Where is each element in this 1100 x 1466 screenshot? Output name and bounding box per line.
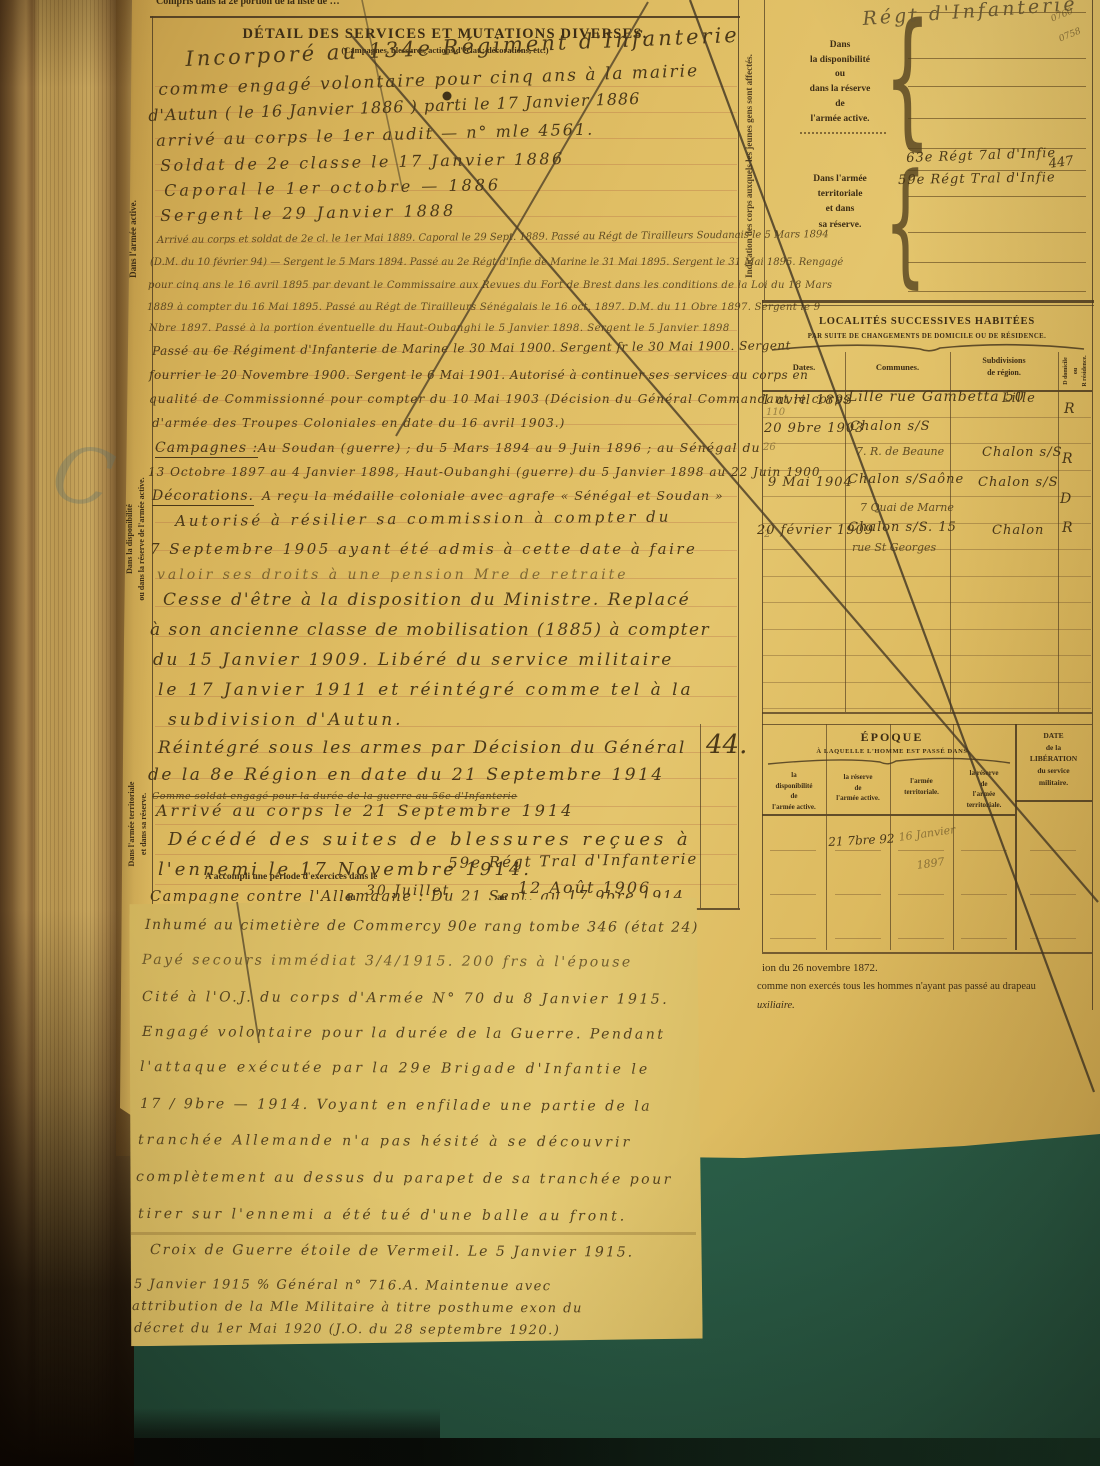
footer-line-3: uxiliaire. <box>757 1000 795 1011</box>
register-photo: C Compris dans la 2e portion de la liste… <box>0 0 1100 1466</box>
epoque-col-4: la réserve de l'armée territoriale. <box>955 768 1013 810</box>
rule-line <box>150 16 740 18</box>
rule-line <box>763 602 1091 603</box>
margin-label-armee-active: Dans l'armée active. <box>128 150 138 328</box>
rule-line <box>1030 894 1076 895</box>
localites-commune-line2: rue St Georges <box>852 542 936 554</box>
rule-line <box>763 417 1091 418</box>
localites-commune: Chalon s/Saône <box>848 473 964 487</box>
handwritten-entry: Arrivé au corps le 21 Septembre 1914 <box>156 803 574 820</box>
margin-number: 110 <box>766 408 785 419</box>
rule-line-vertical <box>826 724 827 950</box>
localites-col-subdivisions: Subdivisions de région. <box>952 355 1056 379</box>
footer-line-1: ion du 26 novembre 1872. <box>762 962 878 974</box>
localites-subdivision: Chalon <box>992 524 1044 538</box>
rule-line <box>762 712 1092 714</box>
epoque-date-col: DATE de la LIBÉRATION du service militai… <box>1017 730 1090 788</box>
handwritten-entry: Cesse d'être à la disposition du Ministr… <box>163 592 691 610</box>
rule-line-vertical <box>1092 0 1093 1010</box>
rule-line <box>961 850 1007 851</box>
rule-line <box>770 938 816 939</box>
epoque-title: ÉPOQUE <box>772 730 1012 745</box>
note-line: attribution de la Mle Militaire à titre … <box>132 1300 583 1316</box>
handwritten-entry: de la 8e Région en date du 21 Septembre … <box>148 767 665 785</box>
rule-line <box>835 894 881 895</box>
note-fold-line <box>130 1232 696 1235</box>
localites-dr-letter: R <box>1064 402 1075 417</box>
note-line: tirer sur l'ennemi a été tué d'une balle… <box>138 1207 627 1224</box>
localites-dr-letter: D <box>1060 492 1071 507</box>
localites-subdivision: Lille <box>1002 392 1036 406</box>
box-disponibilite-label: Dans la disponibilité ou dans la réserve… <box>786 38 894 126</box>
page-number-44: 44. <box>706 732 747 759</box>
box-territoriale-label: Dans l'armée territoriale et dans sa rés… <box>786 172 894 233</box>
handwritten-entry: Réintégré sous les armes par Décision du… <box>158 740 686 758</box>
handwritten-entry: à son ancienne classe de mobilisation (1… <box>150 622 710 640</box>
rule-line <box>155 824 737 825</box>
table-edge-shadow <box>0 1438 1100 1466</box>
localites-commune: Lille rue Gambetta 50 <box>848 390 1025 405</box>
handwritten-entry: 13 Octobre 1897 au 4 Janvier 1898, Haut-… <box>148 466 821 479</box>
rule-line <box>770 850 816 851</box>
localites-commune: Chalon s/S. 15 <box>848 521 957 535</box>
handwritten-entry: qualité de Commissionné pour compter du … <box>149 393 850 406</box>
rule-line <box>762 814 1015 816</box>
note-line: Croix de Guerre étoile de Vermeil. Le 5 … <box>150 1243 634 1260</box>
epoque-subtitle: À LAQUELLE L'HOMME EST PASSÉ DANS <box>772 748 1012 755</box>
note-line: Inhumé au cimetière de Commercy 90e rang… <box>145 918 699 936</box>
handwritten-entry: Au Soudan (guerre) ; du 5 Mars 1894 au 9… <box>258 441 761 454</box>
note-line: 5 Janvier 1915 % Général n° 716.A. Maint… <box>134 1278 552 1294</box>
note-line: tranchée Allemande n'a pas hésité à se d… <box>138 1133 632 1150</box>
rule-line <box>763 682 1091 683</box>
handwritten-entry: 1889 à compter du 16 Mai 1895. Passé au … <box>147 303 820 314</box>
rule-line <box>898 894 944 895</box>
handwritten-entry: Décédé des suites de blessures reçues à <box>168 831 692 850</box>
box2-number: 447 <box>1048 155 1074 172</box>
localites-side-label: D domicile ou R résidence. <box>1062 354 1091 388</box>
localites-subdivision: Chalon s/S <box>982 446 1063 460</box>
handwritten-entry: (D.M. du 10 février 94) — Sergent le 5 M… <box>150 258 843 269</box>
rule-line <box>835 850 881 851</box>
rule-line <box>898 938 944 939</box>
rule-line <box>908 232 1086 233</box>
rule-line <box>770 894 816 895</box>
handwritten-entry: du 15 Janvier 1909. Libéré du service mi… <box>153 652 674 670</box>
rule-line <box>908 58 1086 59</box>
handwritten-entry: valoir ses droits à une pension Mre de r… <box>157 568 629 583</box>
rule-line <box>763 576 1091 577</box>
margin-label-territoriale: Dans l'armée territoriale et dans sa rés… <box>126 740 149 908</box>
note-line: Engagé volontaire pour la durée de la Gu… <box>142 1025 666 1042</box>
handwritten-entry: d'armée des Troupes Coloniales en date d… <box>152 417 565 430</box>
footer-line-2: comme non exercés tous les hommes n'ayan… <box>757 981 1036 992</box>
rule-line <box>961 894 1007 895</box>
rule-line <box>763 496 1091 497</box>
rule-line <box>908 118 1086 119</box>
localites-col-communes: Communes. <box>847 362 948 372</box>
localites-date: 9 Mai 1904 <box>768 476 853 490</box>
localites-subtitle: PAR SUITE DE CHANGEMENTS DE DOMICILE OU … <box>772 333 1082 340</box>
rule-line <box>908 86 1086 87</box>
rule-line <box>835 938 881 939</box>
note-line: 17 / 9bre — 1914. Voyant en enfilade une… <box>140 1097 652 1114</box>
rule-line-vertical <box>764 0 765 300</box>
box2-handwriting-2: 59e Régt Tral d'Infie <box>898 171 1056 187</box>
handwritten-entry: Campagnes : <box>155 441 258 458</box>
handwritten-entry: subdivision d'Autun. <box>168 712 404 730</box>
handwritten-entry: 7 Septembre 1905 ayant été admis à cette… <box>150 542 697 558</box>
rule-line <box>1030 938 1076 939</box>
localites-dr-letter: R <box>1062 521 1073 536</box>
handwritten-entry: le 17 Janvier 1911 et réintégré comme te… <box>158 682 694 700</box>
rule-line <box>1015 800 1092 802</box>
note-line: complètement au dessus du parapet de sa … <box>136 1170 673 1187</box>
box1-dotted-rule <box>800 132 886 134</box>
rule-line-vertical <box>953 724 954 950</box>
margin-label-disponibilite: Dans la disponibilité ou dans la réserve… <box>124 418 147 660</box>
handwritten-entry: Nbre 1897. Passé à la portion éventuelle… <box>149 324 730 335</box>
rule-line <box>1030 850 1076 851</box>
rule-line <box>763 655 1091 656</box>
rule-line <box>763 443 1091 444</box>
book-edge-shading <box>0 0 134 1466</box>
rule-line <box>763 708 1091 709</box>
handwritten-entry: l'ennemi le 17 Novembre 1914. <box>158 861 532 880</box>
rule-line <box>763 629 1091 630</box>
top-strip: Compris dans la 2e portion de la liste d… <box>156 0 706 7</box>
handwritten-entry: pour cinq ans le 16 avril 1895 par devan… <box>148 281 832 292</box>
note-line: l'attaque exécutée par la 29e Brigade d'… <box>140 1060 650 1077</box>
margin-number: 26 <box>763 443 776 454</box>
note-line: Payé secours immédiat 3/4/1915. 200 frs … <box>142 953 633 970</box>
rule-line <box>762 724 1092 725</box>
epoque-col-2: la réserve de l'armée active. <box>828 772 888 804</box>
localites-commune: Chalon s/S <box>850 420 931 434</box>
localites-subdivision: Chalon s/S <box>978 476 1059 490</box>
handwritten-entry: fourrier le 20 Novembre 1900. Sergent le… <box>149 369 808 382</box>
rule-line <box>762 952 1092 954</box>
localites-commune-line2: 7. R. de Beaune <box>856 446 944 458</box>
rule-line-vertical <box>700 724 701 908</box>
epoque-col-3: l'armée territoriale. <box>892 776 951 797</box>
localites-title: LOCALITÉS SUCCESSIVES HABITÉES <box>772 316 1082 327</box>
handwritten-entry: Décorations. <box>152 489 254 506</box>
epoque-col-1: la disponibilité de l'armée active. <box>764 770 824 812</box>
rule-line <box>898 850 944 851</box>
note-line: décret du 1er Mai 1920 (J.O. du 28 septe… <box>134 1322 560 1338</box>
rule-line <box>908 291 1086 292</box>
rule-line <box>908 262 1086 263</box>
rule-line-vertical <box>1058 352 1059 712</box>
note-line: Cité à l'O.J. du corps d'Armée N° 70 du … <box>142 990 669 1007</box>
localites-date: 1 avril 1893 <box>762 394 853 408</box>
rule-line <box>908 196 1086 197</box>
localites-dr-letter: R <box>1062 452 1073 467</box>
handwritten-entry: A reçu la médaille coloniale avec agrafe… <box>262 489 724 502</box>
localites-commune-line2: 7 Quai de Marne <box>860 502 954 514</box>
rule-line <box>961 938 1007 939</box>
